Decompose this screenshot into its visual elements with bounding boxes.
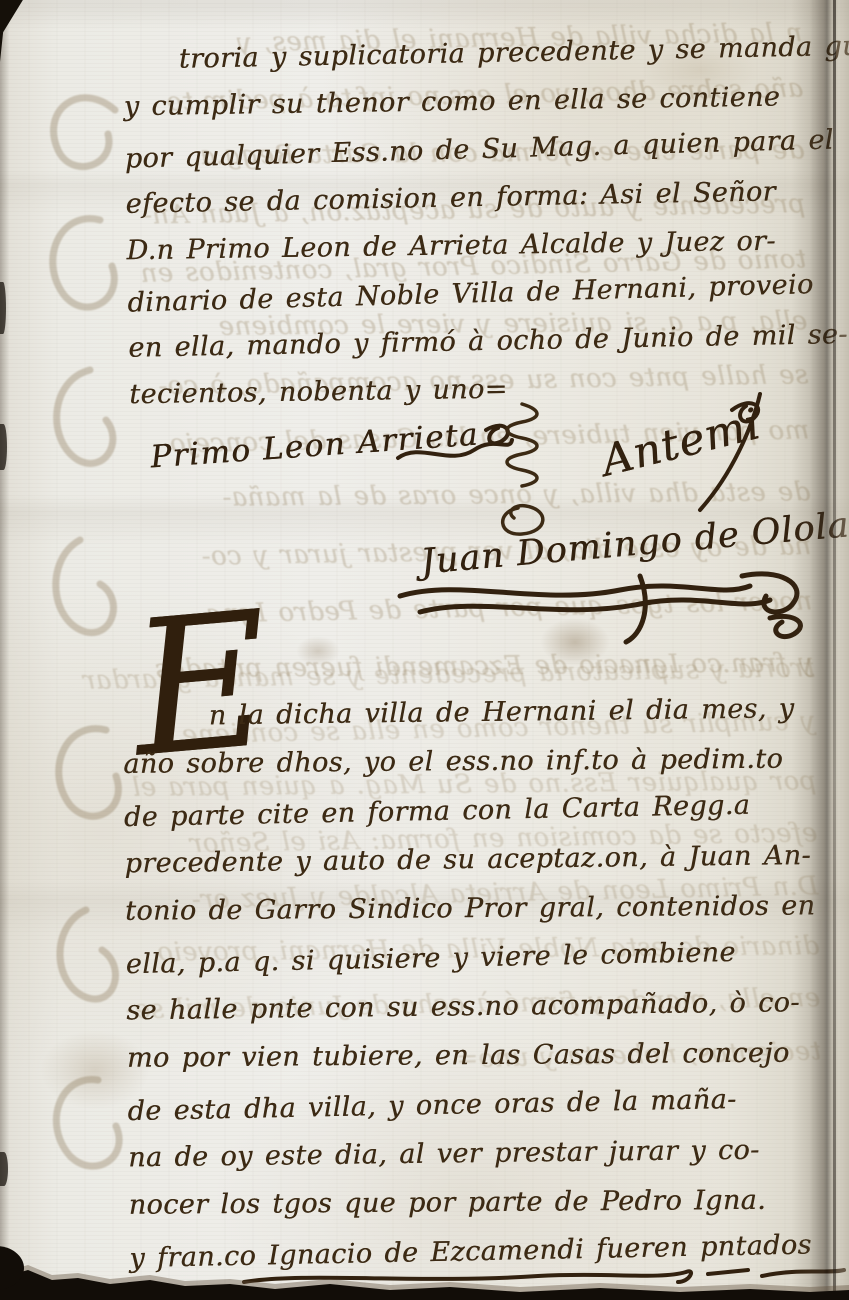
- torn-paper-edge: [0, 1238, 849, 1300]
- manuscript-line: n la dicha villa de Hernani el dia mes, …: [122, 684, 838, 742]
- paragraph-diligencia: n la dicha villa de Hernani el dia mes, …: [122, 684, 844, 1281]
- rubric-flourish-antemi: [582, 388, 782, 518]
- rubric-flourish-escribano: [390, 568, 820, 648]
- edge-speck: [0, 424, 7, 470]
- scanned-page: n la dicha villa de Hernani el dia mes, …: [0, 0, 849, 1300]
- manuscript-page: n la dicha villa de Hernani el dia mes, …: [0, 0, 849, 1300]
- notarial-loop-mark: [478, 400, 568, 550]
- paragraph-decree: troria y suplicatoria precedente y se ma…: [122, 23, 841, 421]
- binding-crease: [833, 0, 836, 1300]
- edge-speck: [0, 282, 6, 334]
- edge-speck: [0, 1152, 8, 1186]
